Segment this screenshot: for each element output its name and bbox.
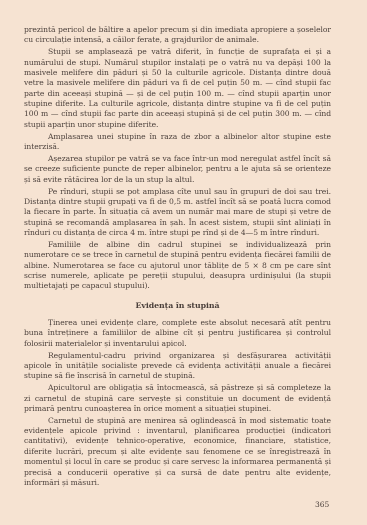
paragraph: Carnetul de stupină are menirea să oglin… xyxy=(24,416,331,488)
page-body: prezintă pericol de băltire a apelor pre… xyxy=(24,25,331,490)
paragraph: Ținerea unei evidențe clare, complete es… xyxy=(24,318,331,349)
paragraph: Pe rînduri, stupii se pot amplasa cîte u… xyxy=(24,187,331,239)
paragraph: prezintă pericol de băltire a apelor pre… xyxy=(24,25,331,46)
section-heading: Evidența în stupină xyxy=(24,301,331,311)
paragraph: Amplasarea unei stupine în raza de zbor … xyxy=(24,132,331,153)
paragraph: Apicultorul are obligația să întocmească… xyxy=(24,383,331,414)
paragraph: Regulamentul-cadru privind organizarea ș… xyxy=(24,351,331,382)
paragraph: Stupii se amplasează pe vatră diferit, î… xyxy=(24,47,331,130)
paragraph: Așezarea stupilor pe vatră se va face în… xyxy=(24,154,331,185)
paragraph: Familiile de albine din cadrul stupinei … xyxy=(24,240,331,292)
page-number: 365 xyxy=(315,500,329,509)
